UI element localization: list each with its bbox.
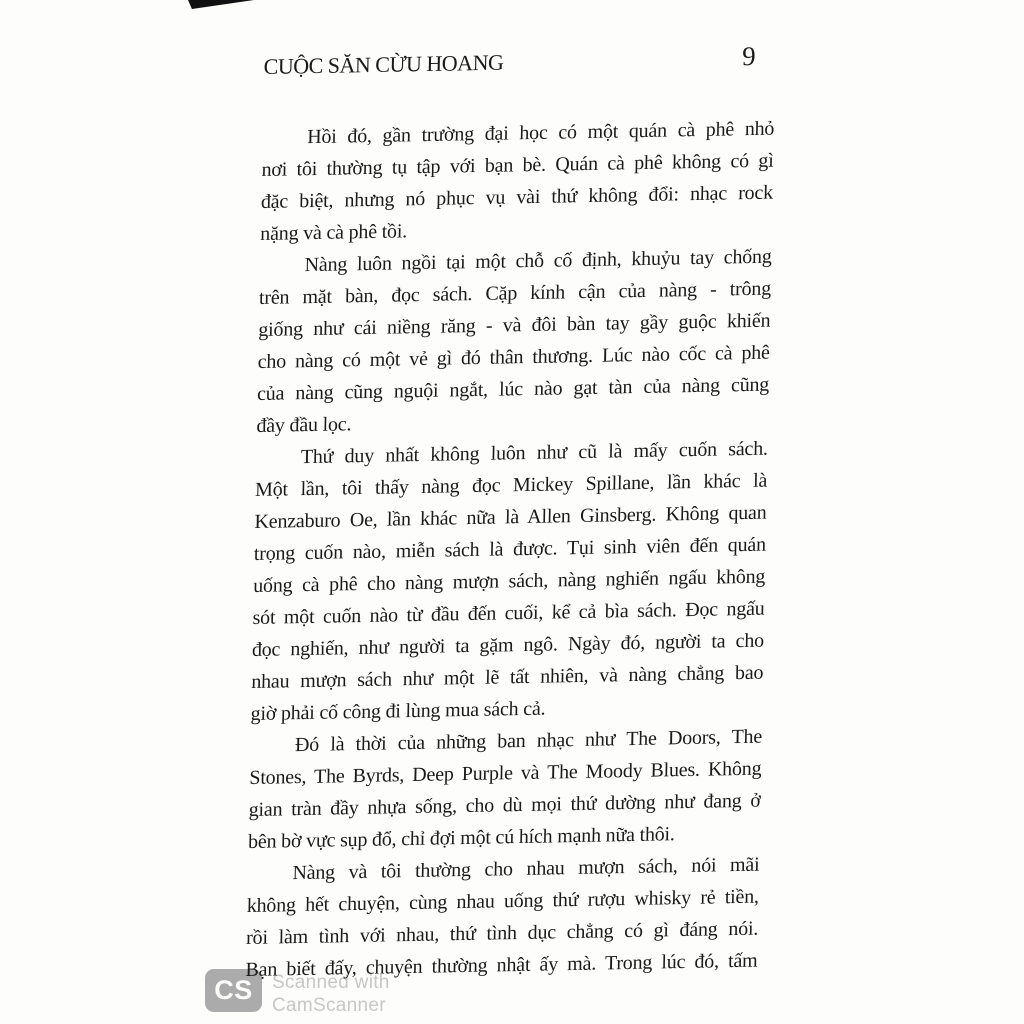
book-title: CUỘC SĂN CỪU HOANG [263,50,503,80]
paragraph: Nàng luôn ngồi tại một chỗ cố định, khuỷ… [256,241,772,442]
watermark-text-line2: CamScanner [272,994,390,1017]
paragraph: Đó là thời của những ban nhạc như The Do… [248,721,763,858]
running-header: CUỘC SĂN CỪU HOANG 9 [263,41,776,77]
paragraph: Hồi đó, gần trường đại học có một quán c… [260,113,775,250]
paragraph: Nàng và tôi thường cho nhau mượn sách, n… [245,849,760,986]
scan-edge-artifact [188,0,254,9]
paragraph: Thứ duy nhất không luôn như cũ là mấy cu… [250,433,768,730]
body-text: Hồi đó, gần trường đại học có một quán c… [245,113,774,986]
scanned-book-page: CS Scanned with CamScanner CUỘC SĂN CỪU … [0,0,1024,1024]
page-content: CUỘC SĂN CỪU HOANG 9 Hồi đó, gần trường … [245,41,776,986]
page-number: 9 [742,41,776,73]
